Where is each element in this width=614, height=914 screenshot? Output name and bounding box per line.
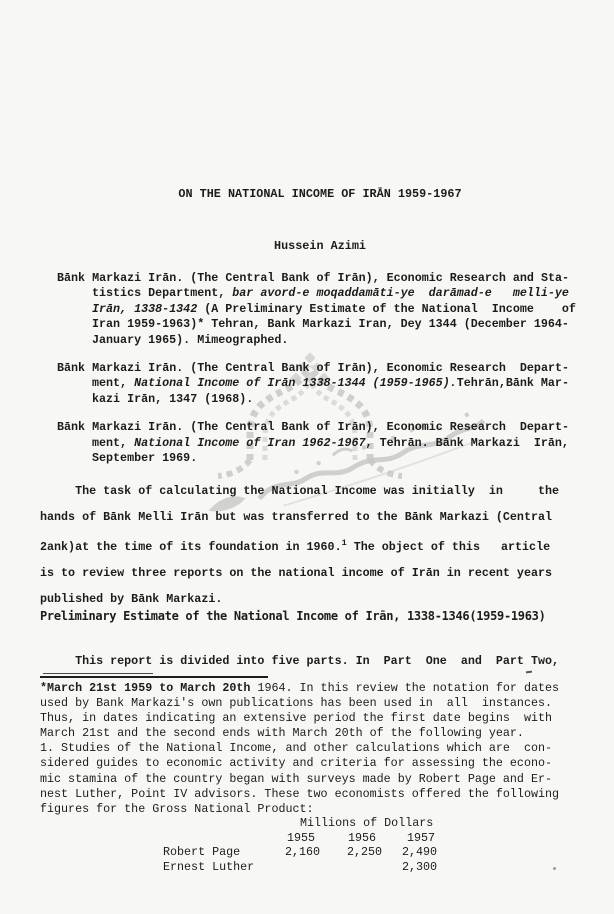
- footnote-line: *March 21st 1959 to March 20th 1964. In …: [40, 681, 559, 696]
- table-cell: 2,160: [285, 845, 320, 859]
- text-segment: Bānk Markazi Irān. (The Central Bank of …: [57, 271, 569, 285]
- reference-line: Bānk Markazi Irān. (The Central Bank of …: [57, 271, 576, 286]
- table-cell: 2,250: [347, 845, 382, 859]
- text-segment: 1. Studies of the National Income, and o…: [40, 741, 552, 755]
- text-segment: 2ank)at the time of its foundation in 19…: [40, 540, 342, 554]
- text-segment: The task of calculating the National Inc…: [40, 484, 559, 498]
- text-segment: , Tehrān. Bānk Markazi Irān,: [366, 436, 569, 450]
- reference-line: ment, National Income of Irān 1338-1344 …: [57, 376, 576, 391]
- reference-entry: Bānk Markazi Irān. (The Central Bank of …: [57, 271, 576, 348]
- text-segment: is to review three reports on the nation…: [40, 566, 552, 580]
- reference-line: Bānk Markazi Irān. (The Central Bank of …: [57, 420, 576, 435]
- paragraph-line: hands of Bānk Melli Irān but was transfe…: [40, 504, 559, 530]
- table-row-name: Robert Page: [163, 845, 240, 859]
- text-segment: March 21st and the second ends with Marc…: [40, 726, 524, 740]
- italic-text-segment: National Income of Irān 1338-1344 (1959-…: [134, 376, 457, 390]
- text-segment: Tehrān,Bānk Mar-: [457, 376, 569, 390]
- footnote-line: nest Luther, Point IV advisors. These tw…: [40, 787, 559, 802]
- text-segment: 1964. In this review the notation for da…: [250, 681, 559, 695]
- text-segment: *March 21st 1959 to March 20th: [40, 681, 250, 695]
- text-segment: ment,: [92, 436, 134, 450]
- scan-artifact-speck: [553, 867, 556, 870]
- table-year: 1957: [407, 831, 435, 845]
- table-title: Millions of Dollars: [300, 816, 433, 830]
- footnote-line: Thus, in dates indicating an extensive p…: [40, 711, 559, 726]
- table-year-row: 1955 1956 1957: [163, 831, 493, 846]
- italic-text-segment: Irān, 1338-1342: [92, 302, 204, 316]
- table-year: 1956: [348, 831, 376, 845]
- text-segment: September 1969.: [92, 451, 197, 465]
- reference-line: January 1965). Mimeographed.: [57, 333, 576, 348]
- text-segment: hands of Bānk Melli Irān but was transfe…: [40, 510, 552, 524]
- document-page: ON THE NATIONAL INCOME OF IRĀN 1959-1967…: [0, 0, 614, 914]
- table-cell: 2,490: [402, 845, 437, 859]
- paragraph-line: is to review three reports on the nation…: [40, 560, 559, 586]
- footnote-block: *March 21st 1959 to March 20th 1964. In …: [40, 681, 559, 817]
- text-segment: Bānk Markazi Irān. (The Central Bank of …: [57, 361, 569, 375]
- footnote-line: sidered guides to economic activity and …: [40, 756, 559, 771]
- table-title-row: Millions of Dollars: [163, 816, 493, 831]
- text-segment: used by Bank Markazi's own publications …: [40, 696, 552, 710]
- paragraph-line: published by Bānk Markazi.: [40, 586, 559, 612]
- body-paragraph: This report is divided into five parts. …: [40, 648, 559, 674]
- body-paragraph: The task of calculating the National Inc…: [40, 478, 559, 612]
- paragraph-line: 2ank)at the time of its foundation in 19…: [40, 530, 559, 560]
- italic-text-segment: National Income of Iran 1962-1967: [134, 436, 365, 450]
- reference-list: Bānk Markazi Irān. (The Central Bank of …: [57, 271, 576, 479]
- paragraph-line: This report is divided into five parts. …: [40, 648, 559, 674]
- page-title: ON THE NATIONAL INCOME OF IRĀN 1959-1967: [45, 187, 595, 201]
- reference-entry: Bānk Markazi Irān. (The Central Bank of …: [57, 361, 576, 407]
- reference-line: Irān, 1338-1342 (A Preliminary Estimate …: [57, 302, 576, 317]
- text-segment: Bānk Markazi Irān. (The Central Bank of …: [57, 420, 569, 434]
- text-segment: sidered guides to economic activity and …: [40, 756, 552, 770]
- table-row: Robert Page 2,160 2,250 2,490: [163, 845, 493, 860]
- reference-entry: Bānk Markazi Irān. (The Central Bank of …: [57, 420, 576, 466]
- text-segment: figures for the Gross National Product:: [40, 802, 314, 816]
- text-segment: January 1965). Mimeographed.: [92, 333, 288, 347]
- footnote-table: Millions of Dollars 1955 1956 1957 Rober…: [163, 816, 493, 880]
- text-segment: kazi Irān, 1347 (1968).: [92, 392, 253, 406]
- paragraph-line: The task of calculating the National Inc…: [40, 478, 559, 504]
- text-segment: Iran 1959-1963)* Tehran, Bank Markazi Ir…: [92, 317, 569, 331]
- footnote-line: mic stamina of the country began with su…: [40, 772, 559, 787]
- table-row: Ernest Luther 2,300: [163, 860, 493, 875]
- reference-line: September 1969.: [57, 451, 576, 466]
- footnote-line: figures for the Gross National Product:: [40, 802, 559, 817]
- footnote-line: used by Bank Markazi's own publications …: [40, 696, 559, 711]
- text-segment: ment,: [92, 376, 134, 390]
- section-heading: Preliminary Estimate of the National Inc…: [40, 609, 546, 623]
- reference-line: Iran 1959-1963)* Tehran, Bank Markazi Ir…: [57, 317, 576, 332]
- text-segment: This report is divided into five parts. …: [40, 654, 559, 668]
- table-cell: 2,300: [402, 860, 437, 874]
- footnote-line: 1. Studies of the National Income, and o…: [40, 741, 559, 756]
- author-name: Hussein Azimi: [45, 239, 595, 253]
- table-year: 1955: [287, 831, 315, 845]
- footnote-separator: [40, 676, 268, 678]
- text-segment: tistics Department,: [92, 286, 232, 300]
- text-segment: published by Bānk Markazi.: [40, 592, 222, 606]
- reference-line: ment, National Income of Iran 1962-1967,…: [57, 436, 576, 451]
- text-segment: Thus, in dates indicating an extensive p…: [40, 711, 552, 725]
- text-segment: The object of this article: [347, 540, 550, 554]
- reference-line: tistics Department, bar avord-e moqaddam…: [57, 286, 576, 301]
- italic-text-segment: bar avord-e moqaddamāti-ye darāmad-e mel…: [232, 286, 569, 300]
- text-segment: mic stamina of the country began with su…: [40, 772, 552, 786]
- reference-line: kazi Irān, 1347 (1968).: [57, 392, 576, 407]
- table-row-name: Ernest Luther: [163, 860, 254, 874]
- text-segment: nest Luther, Point IV advisors. These tw…: [40, 787, 559, 801]
- reference-line: Bānk Markazi Irān. (The Central Bank of …: [57, 361, 576, 376]
- text-segment: (A Preliminary Estimate of the National …: [204, 302, 576, 316]
- footnote-line: March 21st and the second ends with Marc…: [40, 726, 559, 741]
- footnote-separator-ghost: [43, 673, 153, 674]
